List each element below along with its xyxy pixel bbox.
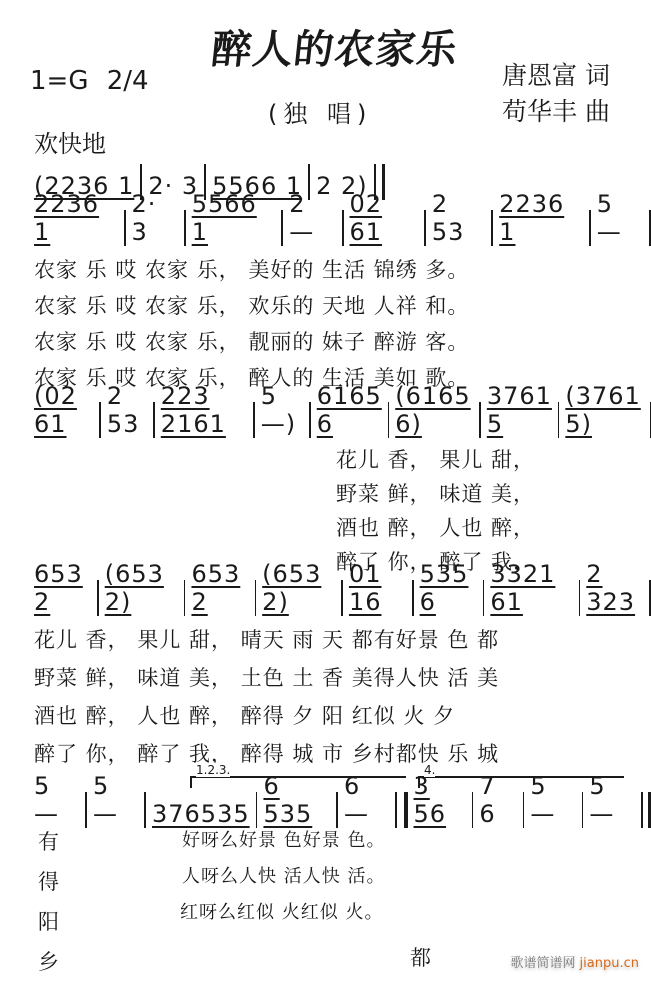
measure: 3321 61 (484, 576, 578, 616)
lyric-line: 花儿 香， 果儿 甜， 晴天 雨 天 都有好景 色 都 (34, 624, 499, 654)
system-verse-a: 2236 1 2· 3 5566 1 2 — 02 61 2 53 2236 1… (28, 206, 651, 246)
lyric-line: 酒也 醉， 人也 醉， (336, 512, 535, 542)
notes: 5 — (589, 772, 634, 828)
system-interlude-b: (02 61 2 53 223 2161 5 —) 6165 6 (6165 6… (28, 398, 651, 438)
measure: (653 2) (99, 576, 184, 616)
measure: 2236 1 (493, 206, 589, 246)
notes: 2236 1 (499, 190, 583, 246)
lyric-line: 人呀么人快 活人快 活。 (182, 862, 385, 888)
notes: 5566 1 (192, 190, 276, 246)
notes: 5 —) (261, 382, 304, 438)
lyric-line: 酒也 醉， 人也 醉， 醉得 夕 阳 红似 火 夕 (34, 700, 455, 730)
notes: 2 53 (432, 190, 485, 246)
measure: 3 56 (408, 788, 472, 828)
measure: (3761 5) (559, 398, 649, 438)
measure: 653 2 (28, 576, 97, 616)
lyric-char: 得 (38, 866, 60, 896)
measure: 7 6 (473, 788, 522, 828)
measure: 2 53 (101, 398, 154, 438)
measure: 01 16 (343, 576, 412, 616)
lyric-line: 红呀么红似 火红似 火。 (180, 898, 383, 924)
notes: 6 535 (263, 772, 330, 828)
notes: 7 6 (479, 772, 516, 828)
measure: 2236 1 (28, 206, 124, 246)
measure: 5 — (28, 788, 85, 828)
notes: 6 — (344, 772, 389, 828)
notes: 2· 3 (132, 190, 178, 246)
measure: 5 — (583, 788, 640, 828)
notes: 3321 61 (490, 560, 572, 616)
measure: 2 — (283, 206, 341, 246)
volta-label: 1.2.3. (196, 763, 230, 777)
lyric-line: 野菜 鲜， 味道 美， (336, 478, 535, 508)
notes: 2 323 (586, 560, 643, 616)
notes: (02 61 (34, 382, 93, 438)
measure: 5 — (591, 206, 649, 246)
measure: 5 — (87, 788, 144, 828)
measure: 376535 (146, 788, 256, 828)
notes: 5 — (530, 772, 575, 828)
notes: (653 2) (262, 560, 335, 616)
notes: (3761 5) (565, 382, 643, 438)
notes: 5 — (597, 190, 643, 246)
key-signature: 1=G (30, 66, 88, 96)
lyric-char: 都 (410, 942, 432, 972)
lyric-char: 阳 (38, 906, 60, 936)
key-time-signature: 1=G 2/4 (30, 66, 149, 96)
lyric-line: 野菜 鲜， 味道 美， 土色 土 香 美得人快 活 美 (34, 662, 499, 692)
notes: 2236 1 (34, 190, 118, 246)
measure: 3761 5 (481, 398, 558, 438)
system-verse-c: 653 2 (653 2) 653 2 (653 2) 01 16 535 6 … (28, 576, 651, 616)
measure: (653 2) (256, 576, 341, 616)
notes: (6165 6) (395, 382, 473, 438)
tempo-marking: 欢快地 (34, 124, 106, 159)
credits: 唐恩富 词 苟华丰 曲 (502, 58, 610, 130)
measure: 6 535 (257, 788, 336, 828)
measure: 535 6 (414, 576, 483, 616)
notes: 3761 5 (487, 382, 552, 438)
notes: 535 6 (420, 560, 477, 616)
measure: 5 — (524, 788, 581, 828)
notes: 01 16 (349, 560, 406, 616)
lyric-line: 好呀么好景 色好景 色。 (182, 826, 385, 852)
lyric-line: 农家 乐 哎 农家 乐， 美好的 生活 锦绣 多。 (34, 254, 469, 284)
lyric-char: 有 (38, 826, 60, 856)
repeat-barline (395, 792, 407, 828)
final-barline (641, 792, 651, 828)
notes: 2 — (289, 190, 335, 246)
notes: 2 53 (107, 382, 148, 438)
measure: 2· 3 (126, 206, 184, 246)
measure: 6165 6 (311, 398, 388, 438)
lyric-line: 农家 乐 哎 农家 乐， 欢乐的 天地 人祥 和。 (34, 290, 469, 320)
measure: 653 2 (185, 576, 254, 616)
notes: 5 — (93, 772, 138, 828)
notes: 653 2 (191, 560, 248, 616)
lyricist: 唐恩富 词 (502, 58, 610, 94)
watermark: 歌谱简谱网jianpu.cn (511, 952, 639, 971)
lyric-line: 农家 乐 哎 农家 乐， 靓丽的 妹子 醉游 客。 (34, 326, 469, 356)
watermark-label: 歌谱简谱网 (511, 956, 576, 971)
notes: (653 2) (105, 560, 178, 616)
watermark-site: jianpu.cn (580, 956, 639, 971)
measure: 2 323 (580, 576, 649, 616)
measure: (02 61 (28, 398, 99, 438)
measure: 5566 1 (186, 206, 282, 246)
measure: 2 53 (426, 206, 491, 246)
time-signature: 2/4 (107, 66, 149, 96)
system-ending: 5 — 5 — 376535 6 535 6 — 3 56 7 6 5 — 5 … (28, 788, 651, 828)
notes: 653 2 (34, 560, 91, 616)
notes: 223 2161 (161, 382, 248, 438)
measure: 6 — (338, 788, 395, 828)
composer: 苟华丰 曲 (502, 94, 610, 130)
notes: 6165 6 (317, 382, 382, 438)
song-title: 醉人的农家乐 (209, 18, 461, 75)
lyric-line: 花儿 香， 果儿 甜， (336, 444, 535, 474)
measure: 223 2161 (155, 398, 254, 438)
measure: 02 61 (344, 206, 425, 246)
measure: 5 —) (255, 398, 310, 438)
song-subtitle: (独 唱) (268, 94, 372, 129)
notes: 02 61 (350, 190, 419, 246)
measure: (6165 6) (389, 398, 479, 438)
notes: 3 56 (414, 772, 466, 828)
lyric-char: 乡 (38, 946, 60, 976)
notes: 5 — (34, 772, 79, 828)
notes: 376535 (152, 800, 250, 828)
